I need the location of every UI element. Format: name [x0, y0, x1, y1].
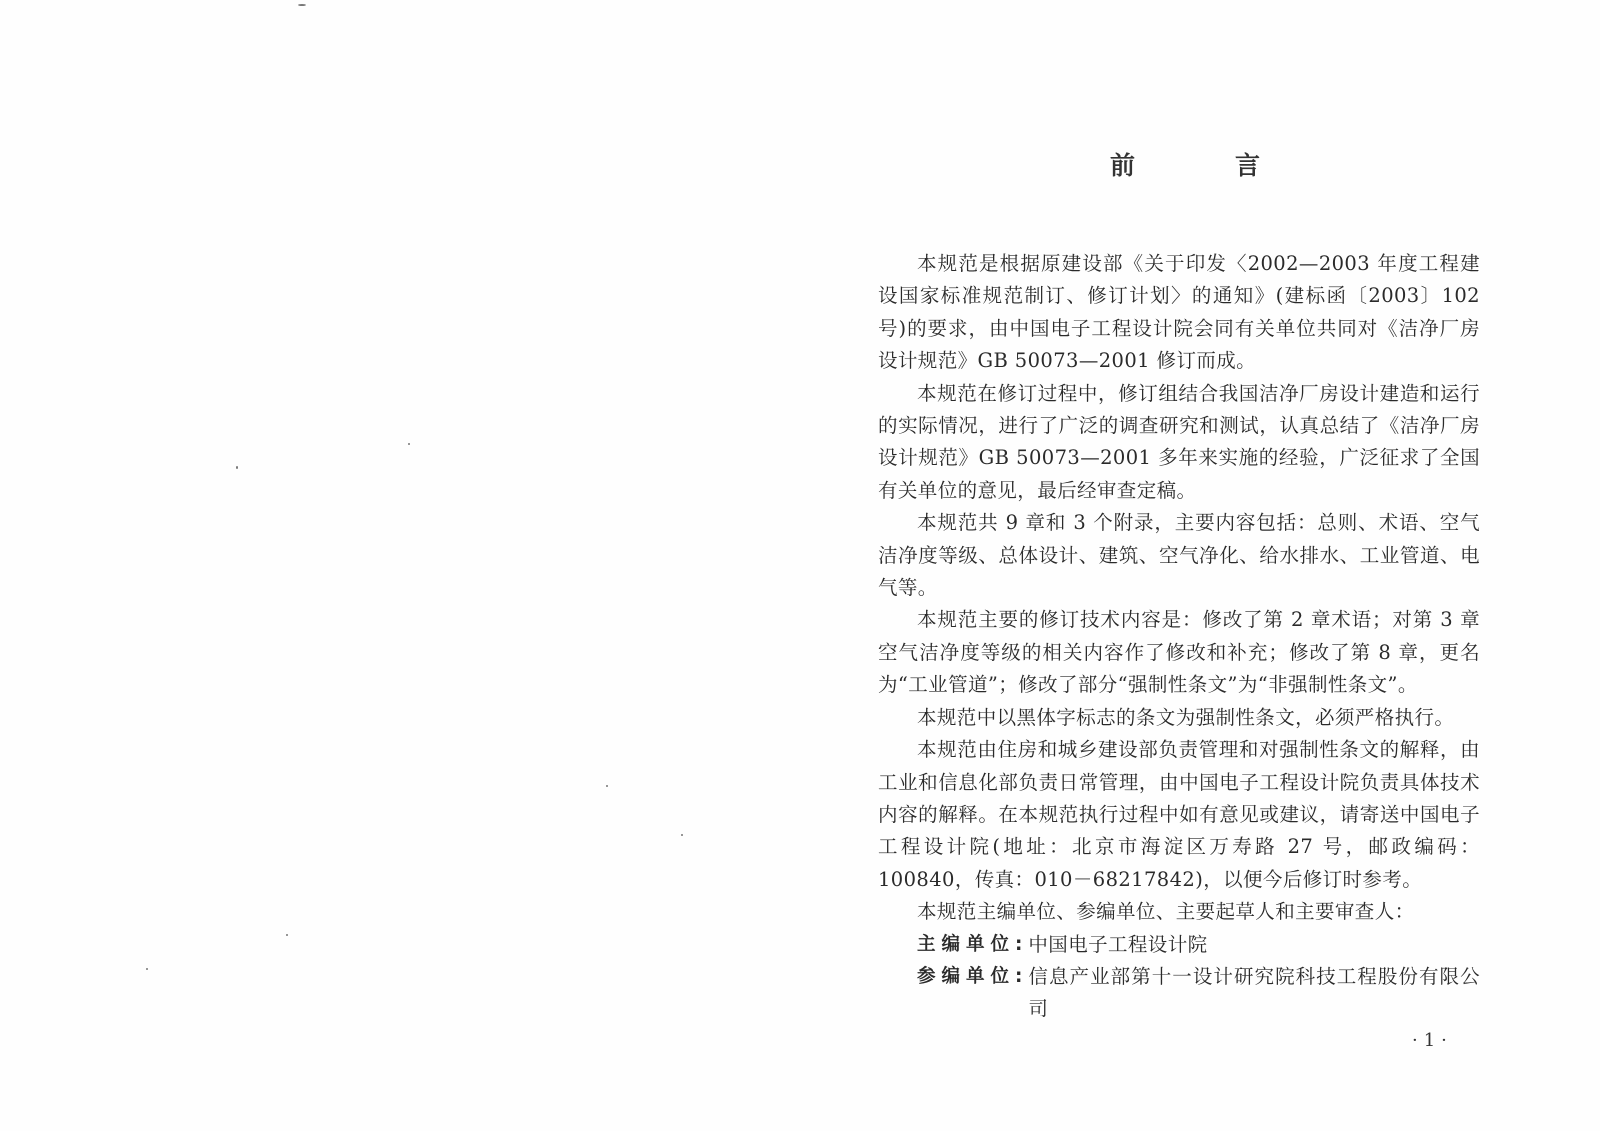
credit-participating-editor: 参编单位: 信息产业部第十一设计研究院科技工程股份有限公司 — [878, 961, 1480, 1026]
scan-speck — [236, 466, 238, 469]
paragraph: 本规范中以黑体字标志的条文为强制性条文，必须严格执行。 — [878, 702, 1480, 734]
scan-speck — [606, 785, 608, 787]
credit-label: 主编单位: — [917, 929, 1028, 961]
scan-speck — [146, 968, 148, 970]
scan-speck — [286, 934, 288, 936]
page-number: ·1· — [1412, 1030, 1453, 1051]
paragraph: 本规范是根据原建设部《关于印发〈2002—2003 年度工程建设国家标准规范制订… — [878, 248, 1480, 378]
paragraph: 本规范主要的修订技术内容是：修改了第 2 章术语；对第 3 章空气洁净度等级的相… — [878, 604, 1480, 701]
preface-body: 本规范是根据原建设部《关于印发〈2002—2003 年度工程建设国家标准规范制订… — [878, 248, 1480, 1026]
paragraph: 本规范在修订过程中，修订组结合我国洁净厂房设计建造和运行的实际情况，进行了广泛的… — [878, 378, 1480, 508]
scan-speck — [298, 4, 306, 6]
title-char: 言 — [1235, 146, 1260, 182]
credit-value: 信息产业部第十一设计研究院科技工程股份有限公司 — [1028, 961, 1480, 1026]
left-page-blank — [0, 0, 800, 1131]
scan-speck — [408, 443, 410, 445]
scan-speck — [681, 834, 683, 836]
page-title: 前 言 — [1110, 146, 1260, 182]
credit-label: 参编单位: — [917, 961, 1028, 1026]
paragraph: 本规范共 9 章和 3 个附录，主要内容包括：总则、术语、空气洁净度等级、总体设… — [878, 507, 1480, 604]
credit-chief-editor: 主编单位: 中国电子工程设计院 — [878, 929, 1480, 961]
title-char: 前 — [1110, 146, 1135, 182]
credit-value: 中国电子工程设计院 — [1028, 929, 1480, 961]
paragraph: 本规范主编单位、参编单位、主要起草人和主要审查人： — [878, 896, 1480, 928]
paragraph: 本规范由住房和城乡建设部负责管理和对强制性条文的解释，由工业和信息化部负责日常管… — [878, 734, 1480, 896]
